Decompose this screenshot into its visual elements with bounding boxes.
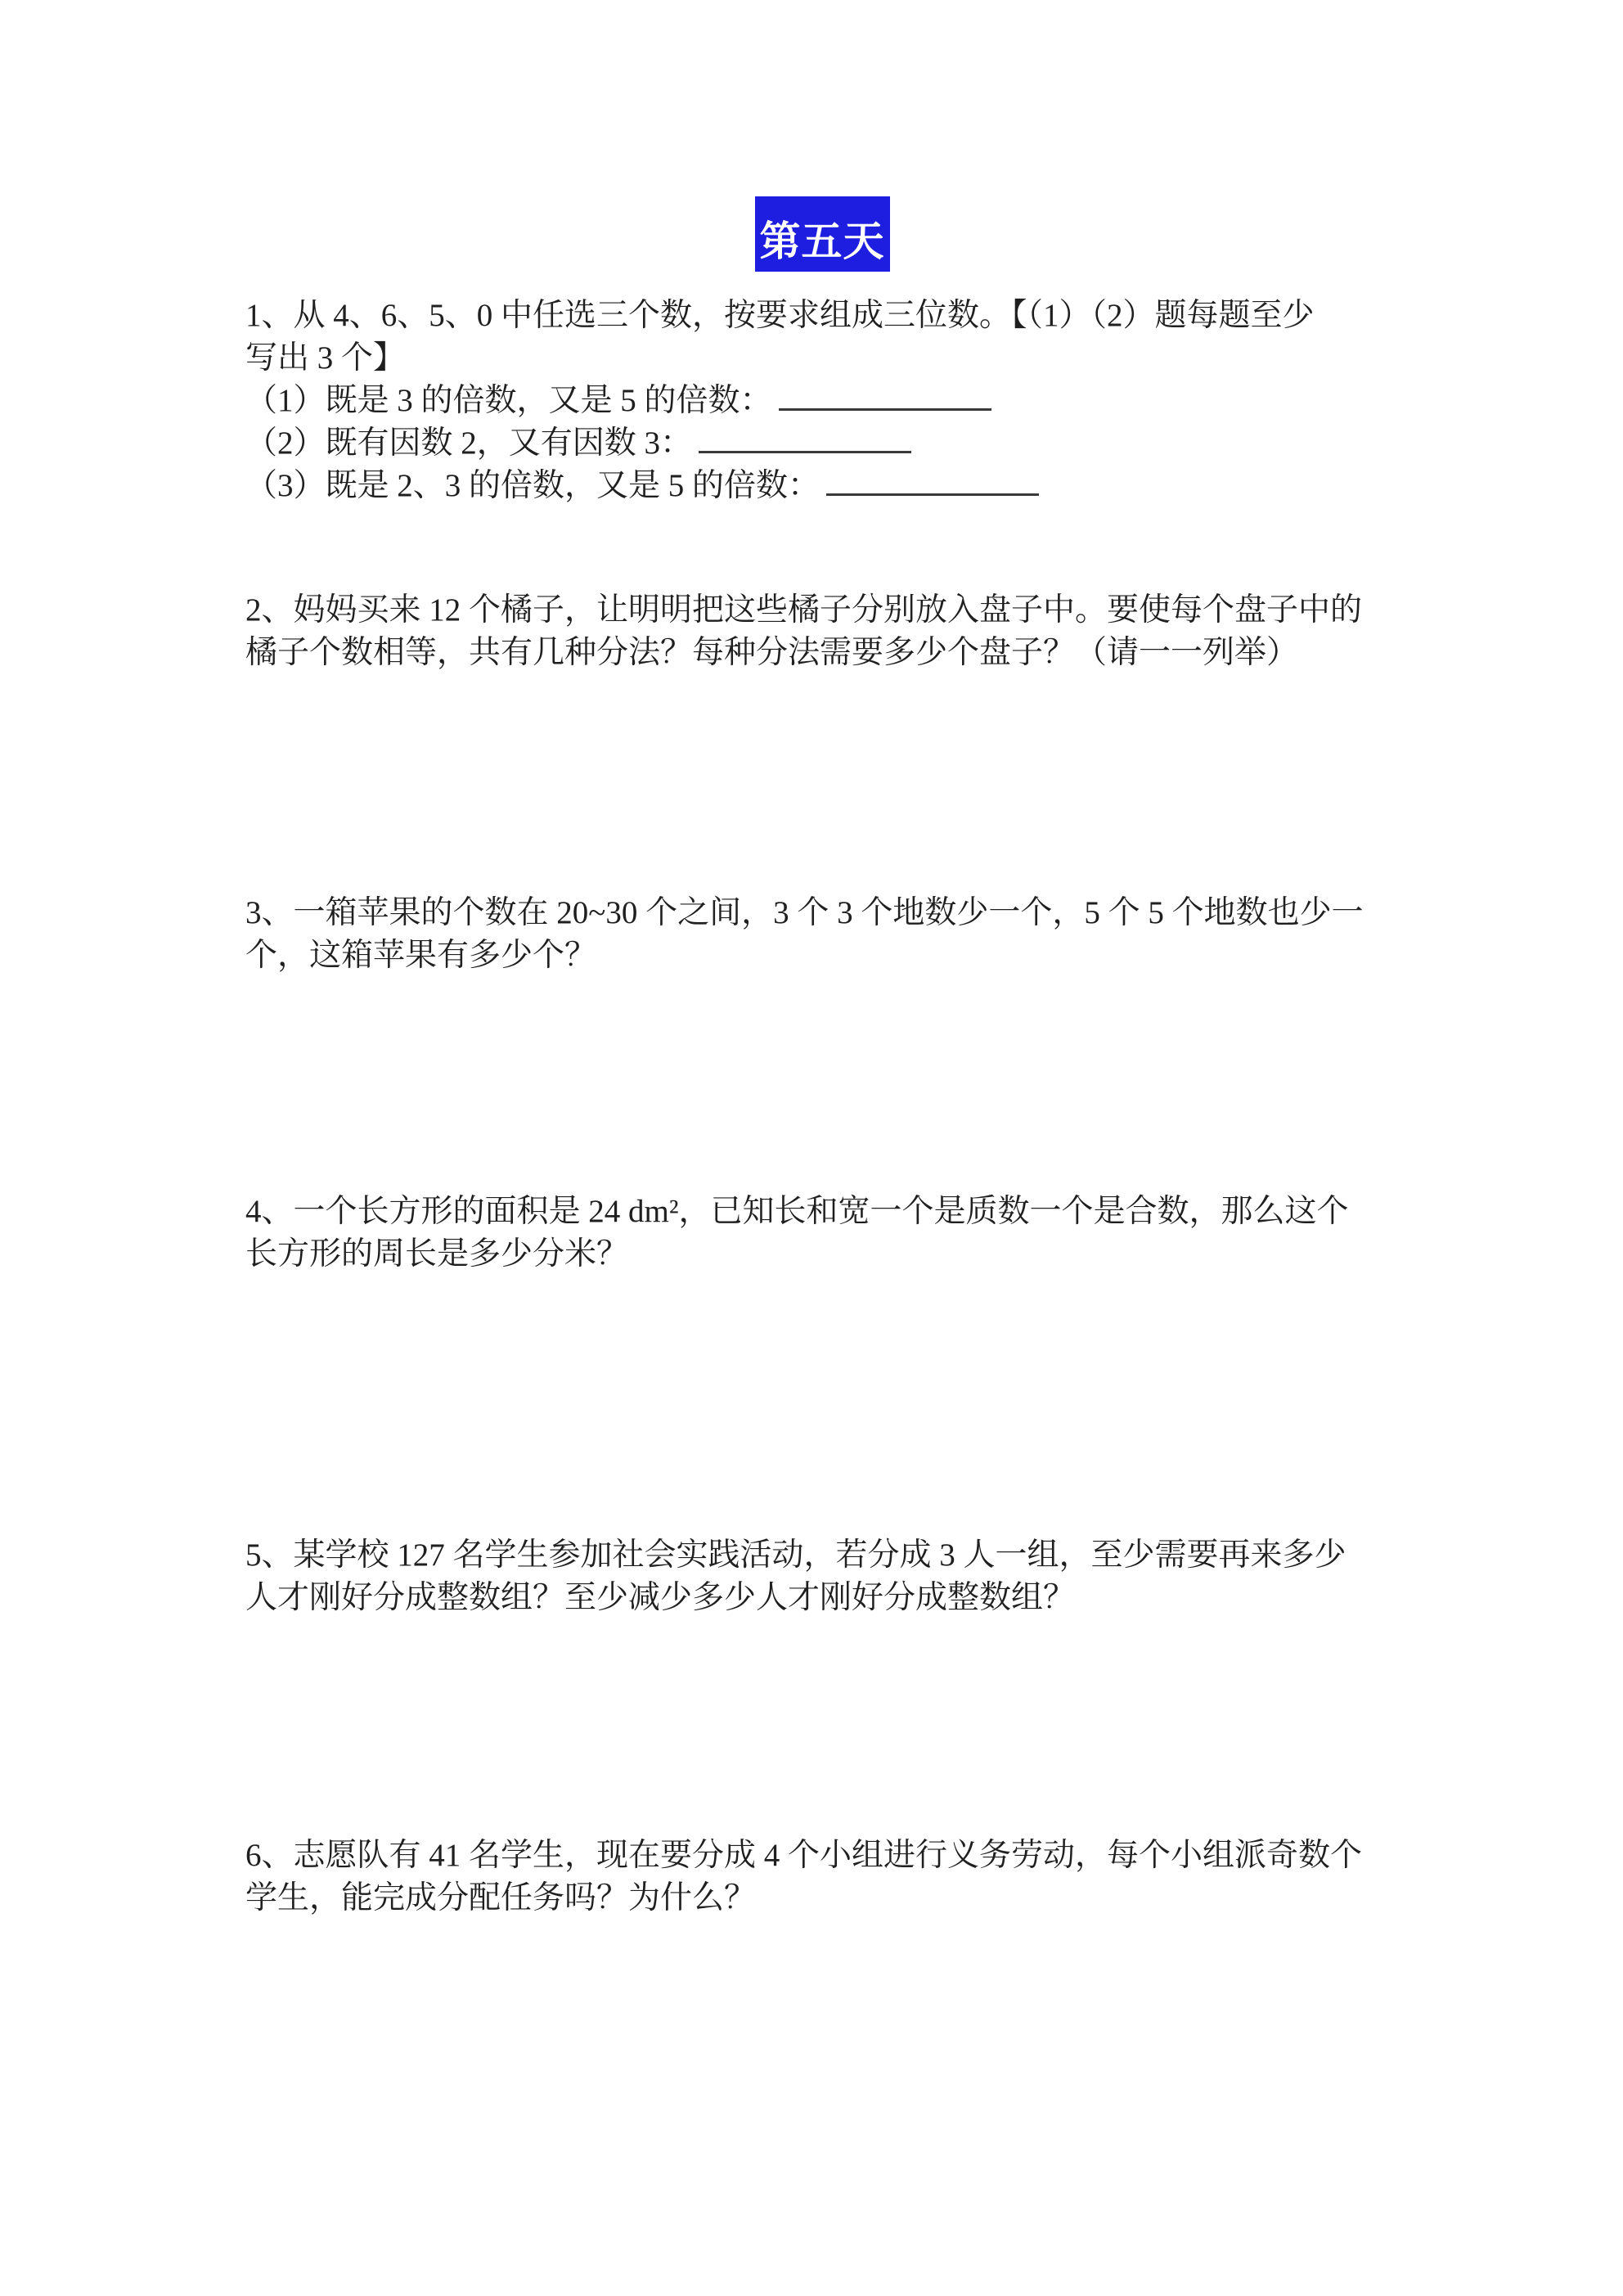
answer-blank-2	[699, 423, 911, 453]
question-6-line-1: 6、志愿队有 41 名学生，现在要分成 4 个小组进行义务劳动，每个小组派奇数个	[245, 1835, 1399, 1877]
worksheet-page: 第五天 1、从 4、6、5、0 中任选三个数，按要求组成三位数。【（1）（2）题…	[0, 0, 1623, 2296]
worksheet-content: 第五天 1、从 4、6、5、0 中任选三个数，按要求组成三位数。【（1）（2）题…	[245, 0, 1399, 1920]
question-1: 1、从 4、6、5、0 中任选三个数，按要求组成三位数。【（1）（2）题每题至少…	[245, 295, 1399, 507]
question-4-line-1: 4、一个长方形的面积是 24 dm²，已知长和宽一个是质数一个是合数，那么这个	[245, 1191, 1399, 1233]
title-row: 第五天	[245, 196, 1399, 272]
question-3-line-1: 3、一箱苹果的个数在 20~30 个之间，3 个 3 个地数少一个，5 个 5 …	[245, 892, 1399, 934]
subquestion-1-1-text: （1）既是 3 的倍数，又是 5 的倍数：	[245, 383, 772, 418]
question-1-line-2: 写出 3 个】	[245, 337, 1399, 380]
page-title: 第五天	[755, 196, 890, 272]
answer-blank-1	[779, 380, 991, 411]
question-2: 2、妈妈买来 12 个橘子，让明明把这些橘子分别放入盘子中。要使每个盘子中的 橘…	[245, 589, 1399, 674]
question-4-line-2: 长方形的周长是多少分米？	[245, 1233, 1399, 1276]
answer-blank-3	[826, 466, 1039, 496]
question-3: 3、一箱苹果的个数在 20~30 个之间，3 个 3 个地数少一个，5 个 5 …	[245, 892, 1399, 977]
question-6-line-2: 学生，能完成分配任务吗？为什么？	[245, 1877, 1399, 1920]
subquestion-1-1: （1）既是 3 的倍数，又是 5 的倍数：	[245, 380, 1399, 422]
subquestion-1-2: （2）既有因数 2，又有因数 3：	[245, 422, 1399, 465]
question-6: 6、志愿队有 41 名学生，现在要分成 4 个小组进行义务劳动，每个小组派奇数个…	[245, 1835, 1399, 1920]
question-2-line-1: 2、妈妈买来 12 个橘子，让明明把这些橘子分别放入盘子中。要使每个盘子中的	[245, 589, 1399, 632]
question-1-line-1: 1、从 4、6、5、0 中任选三个数，按要求组成三位数。【（1）（2）题每题至少	[245, 295, 1399, 337]
question-4: 4、一个长方形的面积是 24 dm²，已知长和宽一个是质数一个是合数，那么这个 …	[245, 1191, 1399, 1276]
subquestion-1-3: （3）既是 2、3 的倍数，又是 5 的倍数：	[245, 465, 1399, 507]
subquestion-1-2-text: （2）既有因数 2，又有因数 3：	[245, 425, 692, 461]
question-3-line-2: 个，这箱苹果有多少个？	[245, 934, 1399, 977]
question-5: 5、某学校 127 名学生参加社会实践活动，若分成 3 人一组，至少需要再来多少…	[245, 1534, 1399, 1619]
question-2-line-2: 橘子个数相等，共有几种分法？每种分法需要多少个盘子？（请一一列举）	[245, 632, 1399, 674]
question-5-line-2: 人才刚好分成整数组？至少减少多少人才刚好分成整数组？	[245, 1577, 1399, 1619]
question-5-line-1: 5、某学校 127 名学生参加社会实践活动，若分成 3 人一组，至少需要再来多少	[245, 1534, 1399, 1577]
subquestion-1-3-text: （3）既是 2、3 的倍数，又是 5 的倍数：	[245, 468, 820, 503]
